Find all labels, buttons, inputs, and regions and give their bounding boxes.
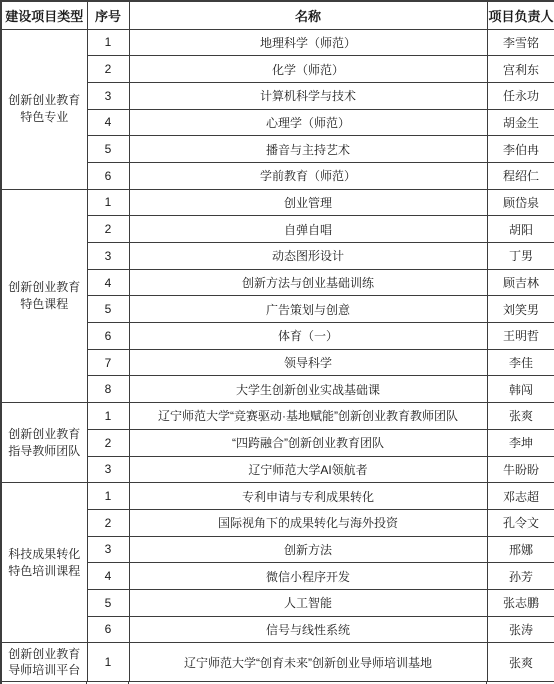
row-no-cell: 2 (87, 56, 129, 83)
row-no-cell: 4 (87, 269, 129, 296)
row-no-cell: 3 (87, 456, 129, 483)
row-no-cell: 8 (87, 376, 129, 403)
project-table: 建设项目类型 序号 名称 项目负责人 创新创业教育 特色专业1地理科学（师范）李… (0, 0, 554, 682)
row-leader-cell: 胡阳 (487, 216, 554, 243)
row-no-cell: 2 (87, 216, 129, 243)
row-no-cell: 1 (87, 483, 129, 510)
row-no-cell: 7 (87, 349, 129, 376)
row-leader-cell: 张爽 (487, 403, 554, 430)
row-leader-cell: 韩闯 (487, 376, 554, 403)
row-name-cell: “四跨融合”创新创业教育团队 (129, 429, 487, 456)
table-row: 创新创业教育 指导教师团队1辽宁师范大学“竞赛驱动·基地赋能”创新创业教育教师团… (1, 403, 554, 430)
row-name-cell: 辽宁师范大学“创育未来”创新创业导师培训基地 (129, 643, 487, 682)
row-no-cell: 4 (87, 109, 129, 136)
project-type-cell: 创新创业教育 指导教师团队 (1, 403, 87, 483)
row-name-cell: 地理科学（师范） (129, 29, 487, 56)
row-leader-cell: 刘笑男 (487, 296, 554, 323)
header-project-type: 建设项目类型 (1, 1, 87, 29)
row-leader-cell: 顾岱泉 (487, 189, 554, 216)
row-name-cell: 学前教育（师范） (129, 162, 487, 189)
row-name-cell: 播音与主持艺术 (129, 136, 487, 163)
project-type-cell: 创新创业教育 特色课程 (1, 189, 87, 403)
row-no-cell: 6 (87, 162, 129, 189)
row-name-cell: 广告策划与创意 (129, 296, 487, 323)
row-name-cell: 自弹自唱 (129, 216, 487, 243)
row-leader-cell: 任永功 (487, 82, 554, 109)
row-no-cell: 2 (87, 429, 129, 456)
row-name-cell: 信号与线性系统 (129, 616, 487, 643)
project-type-cell: 创新创业教育 特色专业 (1, 29, 87, 189)
row-no-cell: 5 (87, 589, 129, 616)
table-row: 创新创业教育 特色专业1地理科学（师范）李雪铭 (1, 29, 554, 56)
row-leader-cell: 顾吉林 (487, 269, 554, 296)
row-no-cell: 2 (87, 509, 129, 536)
table-row: 创新创业教育 导师培训平台1辽宁师范大学“创育未来”创新创业导师培训基地张爽 (1, 643, 554, 682)
row-no-cell: 3 (87, 82, 129, 109)
row-leader-cell: 孔令文 (487, 509, 554, 536)
row-leader-cell: 张爽 (487, 643, 554, 682)
row-leader-cell: 李佳 (487, 349, 554, 376)
row-name-cell: 创业管理 (129, 189, 487, 216)
row-leader-cell: 张涛 (487, 616, 554, 643)
row-name-cell: 动态图形设计 (129, 243, 487, 270)
row-leader-cell: 程绍仁 (487, 162, 554, 189)
row-no-cell: 6 (87, 323, 129, 350)
header-row: 建设项目类型 序号 名称 项目负责人 (1, 1, 554, 29)
row-no-cell: 3 (87, 243, 129, 270)
row-leader-cell: 孙芳 (487, 563, 554, 590)
row-no-cell: 1 (87, 189, 129, 216)
row-name-cell: 创新方法 (129, 536, 487, 563)
row-name-cell: 心理学（师范） (129, 109, 487, 136)
row-no-cell: 1 (87, 403, 129, 430)
row-leader-cell: 王明哲 (487, 323, 554, 350)
row-name-cell: 辽宁师范大学“竞赛驱动·基地赋能”创新创业教育教师团队 (129, 403, 487, 430)
row-no-cell: 1 (87, 643, 129, 682)
header-name: 名称 (129, 1, 487, 29)
row-leader-cell: 邓志超 (487, 483, 554, 510)
row-no-cell: 1 (87, 29, 129, 56)
table-body: 创新创业教育 特色专业1地理科学（师范）李雪铭2化学（师范）宫利东3计算机科学与… (1, 29, 554, 682)
row-leader-cell: 李坤 (487, 429, 554, 456)
row-name-cell: 大学生创新创业实战基础课 (129, 376, 487, 403)
row-leader-cell: 张志鹏 (487, 589, 554, 616)
row-name-cell: 化学（师范） (129, 56, 487, 83)
row-name-cell: 人工智能 (129, 589, 487, 616)
row-no-cell: 5 (87, 296, 129, 323)
project-type-cell: 创新创业教育 导师培训平台 (1, 643, 87, 682)
row-name-cell: 领导科学 (129, 349, 487, 376)
row-no-cell: 5 (87, 136, 129, 163)
row-name-cell: 计算机科学与技术 (129, 82, 487, 109)
row-name-cell: 微信小程序开发 (129, 563, 487, 590)
row-leader-cell: 宫利东 (487, 56, 554, 83)
row-no-cell: 6 (87, 616, 129, 643)
row-leader-cell: 牛盼盼 (487, 456, 554, 483)
row-no-cell: 4 (87, 563, 129, 590)
row-leader-cell: 李雪铭 (487, 29, 554, 56)
row-name-cell: 辽宁师范大学AI领航者 (129, 456, 487, 483)
row-name-cell: 创新方法与创业基础训练 (129, 269, 487, 296)
row-leader-cell: 邢娜 (487, 536, 554, 563)
table-row: 创新创业教育 特色课程1创业管理顾岱泉 (1, 189, 554, 216)
row-leader-cell: 李伯冉 (487, 136, 554, 163)
project-type-cell: 科技成果转化 特色培训课程 (1, 483, 87, 643)
header-serial-no: 序号 (87, 1, 129, 29)
header-leader: 项目负责人 (487, 1, 554, 29)
table-row: 科技成果转化 特色培训课程1专利申请与专利成果转化邓志超 (1, 483, 554, 510)
row-no-cell: 3 (87, 536, 129, 563)
row-name-cell: 体育（一） (129, 323, 487, 350)
row-name-cell: 专利申请与专利成果转化 (129, 483, 487, 510)
row-leader-cell: 胡金生 (487, 109, 554, 136)
row-name-cell: 国际视角下的成果转化与海外投资 (129, 509, 487, 536)
row-leader-cell: 丁男 (487, 243, 554, 270)
